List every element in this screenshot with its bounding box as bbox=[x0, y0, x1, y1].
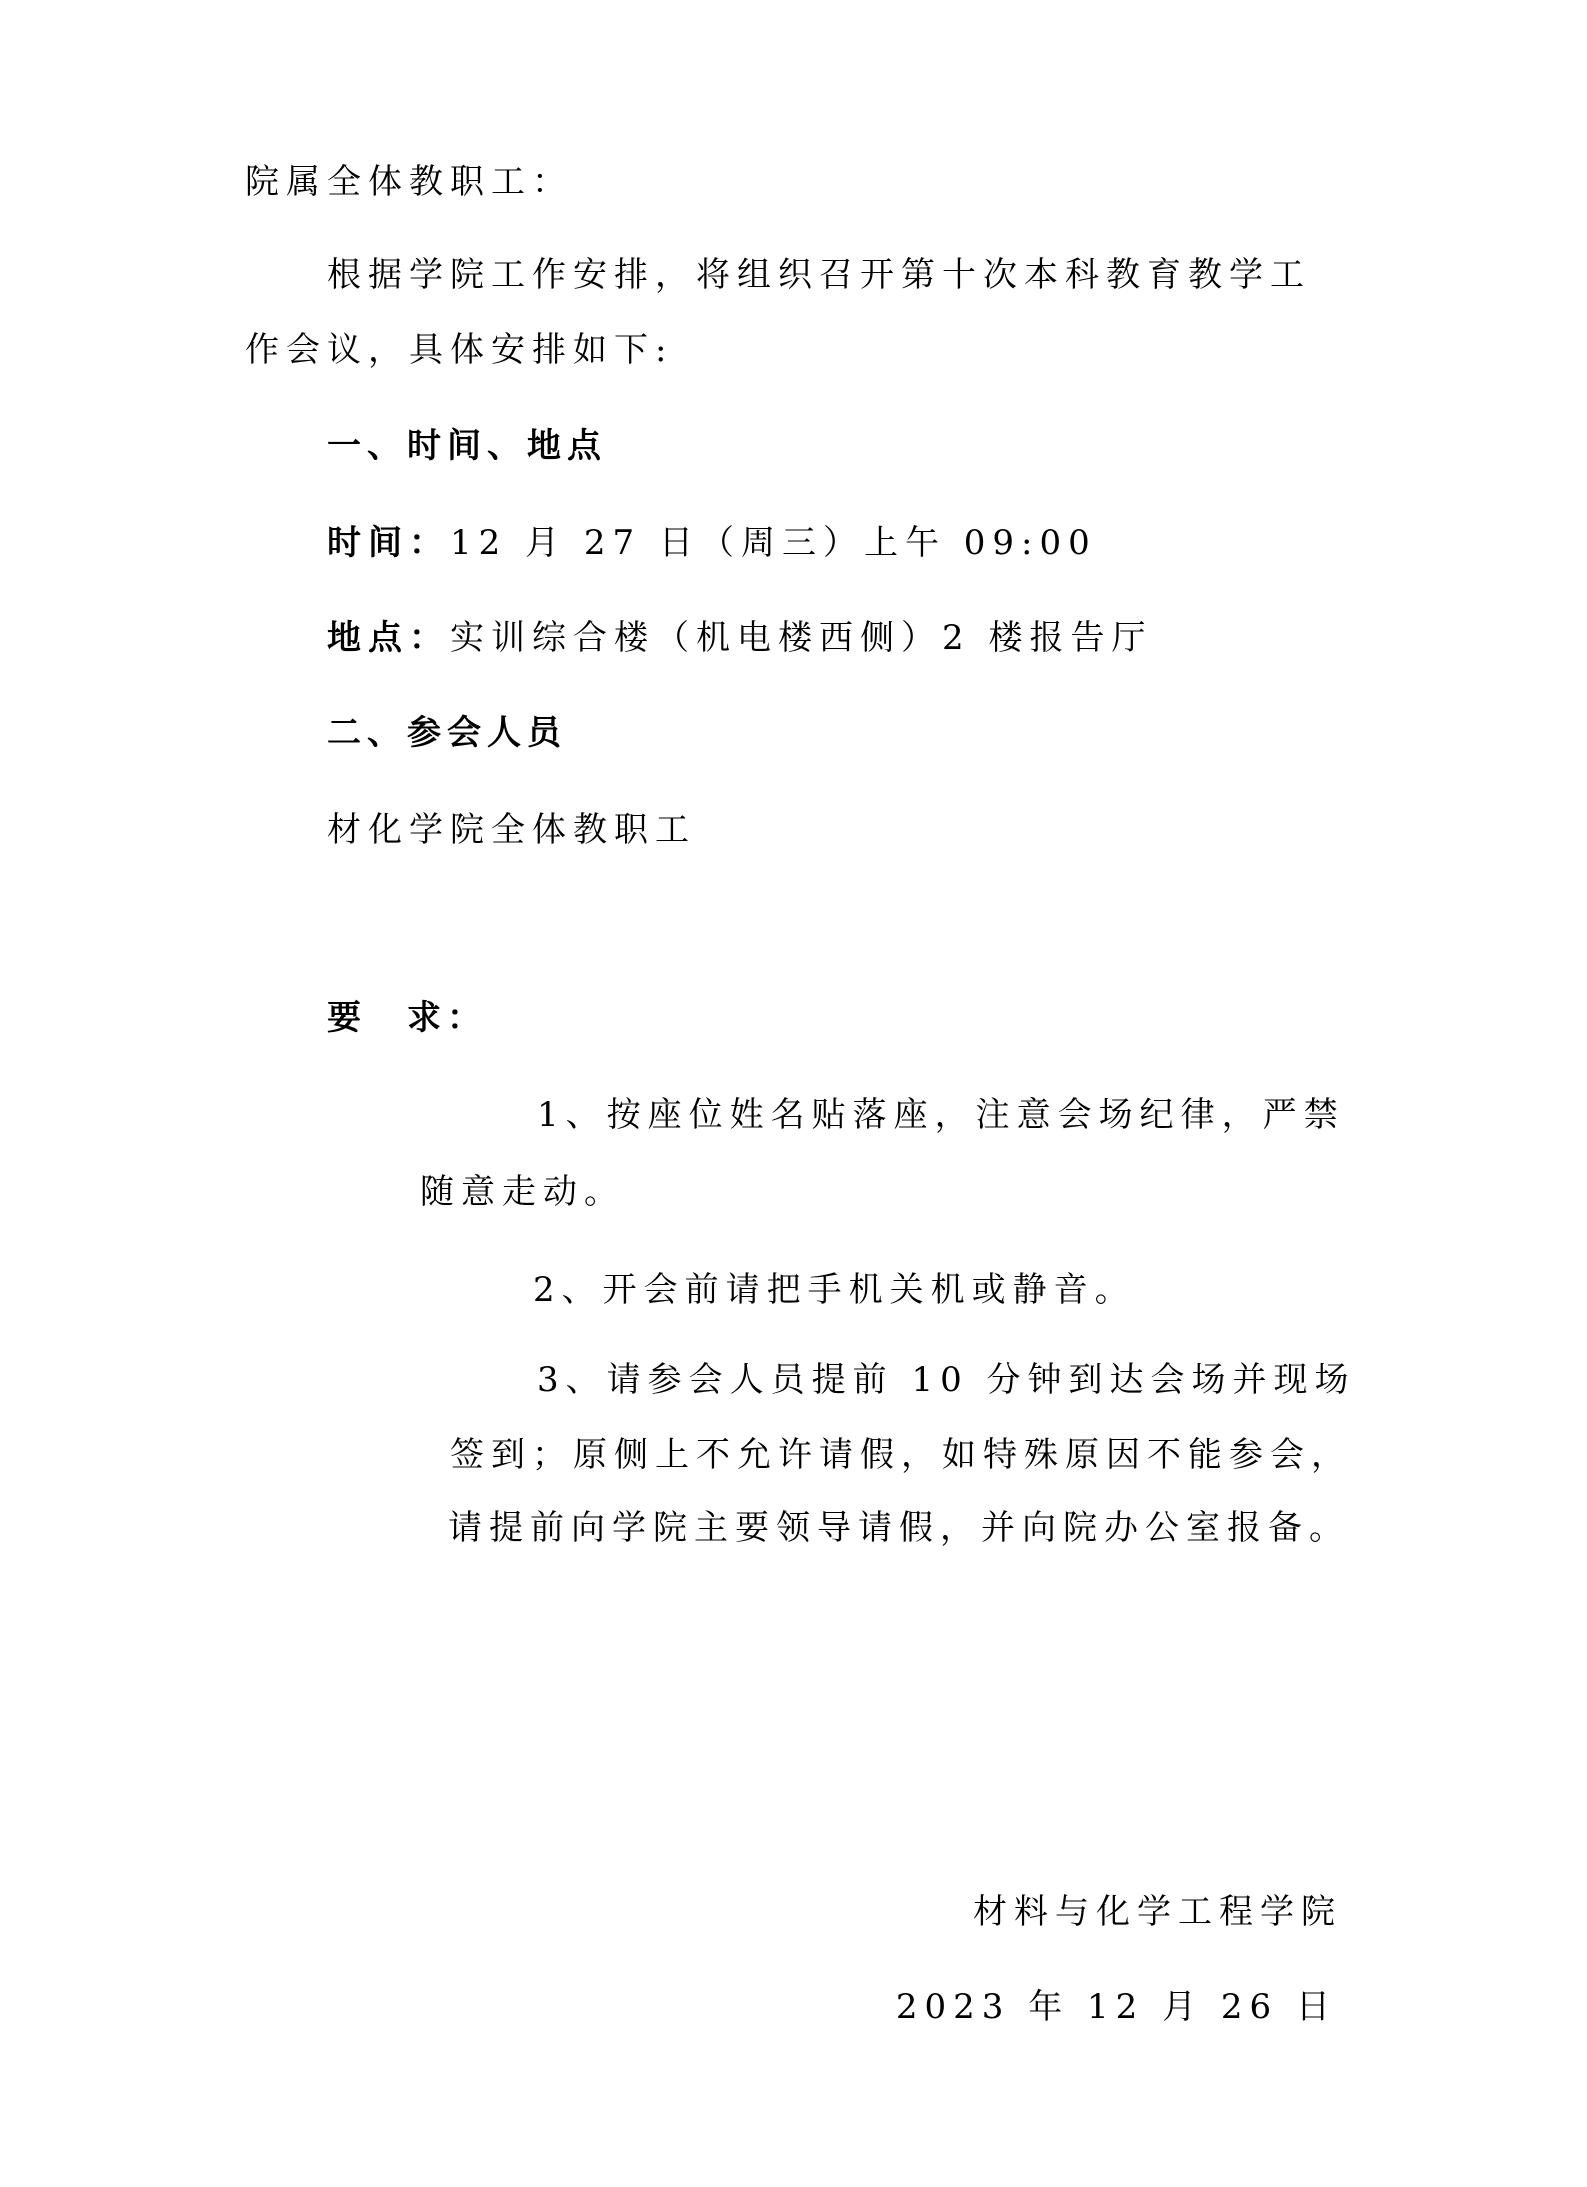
attendees-text: 材化学院全体教职工 bbox=[327, 810, 696, 850]
requirement-item-1-line-1: 1、按座位姓名贴落座，注意会场纪律，严禁 bbox=[537, 1095, 1345, 1135]
location-row: 地点：实训综合楼（机电楼西侧）2 楼报告厅 bbox=[327, 618, 1152, 658]
requirement-item-1-line-2: 随意走动。 bbox=[420, 1172, 625, 1212]
salutation: 院属全体教职工： bbox=[245, 162, 573, 202]
requirement-item-3-line-1: 3、请参会人员提前 10 分钟到达会场并现场 bbox=[537, 1360, 1356, 1400]
intro-paragraph-line-2: 作会议，具体安排如下: bbox=[245, 330, 673, 370]
section-heading-time-location: 一、时间、地点 bbox=[327, 426, 607, 466]
requirements-title-part-1: 要 bbox=[327, 998, 367, 1038]
signature-organization: 材料与化学工程学院 bbox=[973, 1892, 1342, 1932]
requirement-item-3-line-3: 请提前向学院主要领导请假，并向院办公室报备。 bbox=[448, 1508, 1350, 1548]
location-label: 地点： bbox=[327, 618, 450, 658]
time-value: 12 月 27 日（周三）上午 09:00 bbox=[450, 523, 1097, 563]
requirements-title-part-2: 求： bbox=[407, 998, 487, 1038]
document-page: 院属全体教职工： 根据学院工作安排，将组织召开第十次本科教育教学工 作会议，具体… bbox=[0, 0, 1587, 2187]
time-label: 时间： bbox=[327, 523, 450, 563]
requirement-item-2: 2、开会前请把手机关机或静音。 bbox=[533, 1270, 1136, 1310]
requirements-title: 要求： bbox=[327, 998, 487, 1038]
section-heading-attendees: 二、参会人员 bbox=[327, 713, 567, 753]
intro-paragraph-line-1: 根据学院工作安排，将组织召开第十次本科教育教学工 bbox=[327, 255, 1311, 295]
location-value: 实训综合楼（机电楼西侧）2 楼报告厅 bbox=[450, 618, 1152, 658]
signature-date: 2023 年 12 月 26 日 bbox=[896, 1987, 1337, 2027]
requirement-item-3-line-2: 签到；原侧上不允许请假，如特殊原因不能参会， bbox=[450, 1435, 1352, 1475]
time-row: 时间：12 月 27 日（周三）上午 09:00 bbox=[327, 523, 1097, 563]
